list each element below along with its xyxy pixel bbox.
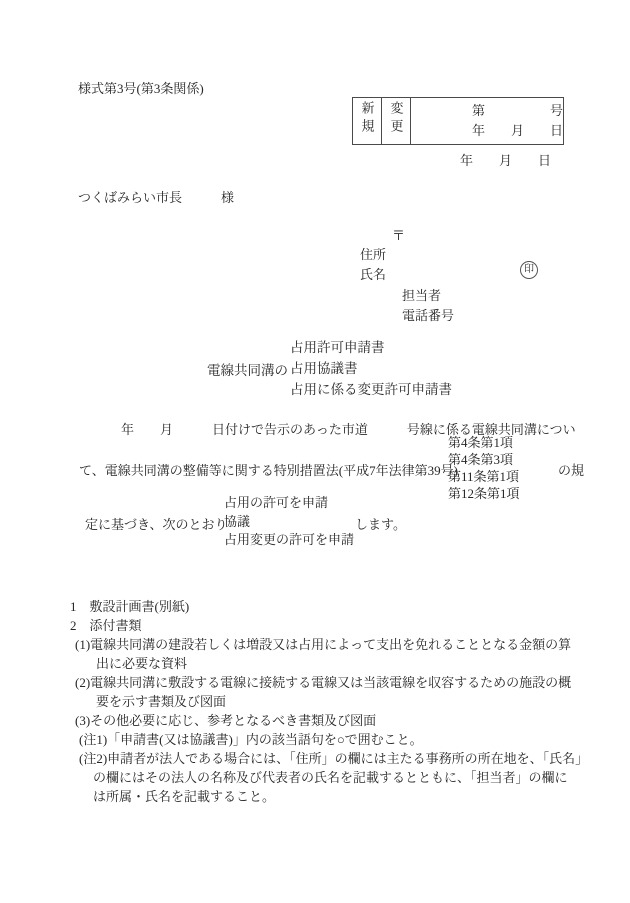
new-application-cell: 新規 bbox=[353, 98, 382, 145]
change-application-cell: 変更 bbox=[382, 98, 411, 145]
document-number-cell: 第 号 年 月 日 bbox=[411, 98, 564, 145]
law-article-4: 第12条第1項 bbox=[448, 485, 520, 502]
body-line2-prefix: て、電線共同溝の整備等に関する特別措置法(平成7年法律第39号) bbox=[79, 460, 458, 479]
title-option-permit-application: 占用許可申請書 bbox=[290, 337, 452, 358]
address-label: 住所 bbox=[360, 244, 386, 263]
note-2-line1: (注2)申請者が法人である場合には、「住所」の欄には主たる事務所の所在地を、「氏… bbox=[79, 749, 625, 768]
body-line3-prefix: 定に基づき、次のとおり bbox=[85, 514, 227, 533]
seal-icon: 印 bbox=[520, 261, 538, 279]
title-option-change-application: 占用に係る変更許可申請書 bbox=[290, 379, 452, 400]
new-application-label: 新規 bbox=[358, 101, 377, 137]
document-date-line: 年 月 日 bbox=[411, 121, 563, 141]
attachment-sub1-line1: (1)電線共同溝の建設若しくは増設又は占用によって支出を免れることとなる金額の算 bbox=[75, 635, 625, 654]
attachments-section: 1 敷設計画書(別紙) 2 添付書類 (1)電線共同溝の建設若しくは増設又は占用… bbox=[70, 597, 625, 806]
document-title-prefix: 電線共同溝の bbox=[207, 359, 288, 379]
form-number: 様式第3号(第3条関係) bbox=[78, 78, 204, 97]
law-articles-stack: 第4条第1項 第4条第3項 第11条第1項 第12条第1項 bbox=[448, 434, 520, 502]
attachment-item-2: 2 添付書類 bbox=[70, 616, 625, 635]
addressee-line: つくばみらい市長 様 bbox=[78, 187, 234, 206]
phone-number-label: 電話番号 bbox=[402, 305, 454, 324]
header-table: 新規 変更 第 号 年 月 日 bbox=[352, 97, 564, 145]
law-article-3: 第11条第1項 bbox=[448, 468, 520, 485]
document-number-line: 第 号 bbox=[411, 101, 563, 121]
action-permit-request: 占用の許可を申請 bbox=[224, 494, 354, 513]
name-label: 氏名 bbox=[360, 264, 386, 283]
attachment-item-1: 1 敷設計画書(別紙) bbox=[70, 597, 625, 616]
law-article-2: 第4条第3項 bbox=[448, 451, 520, 468]
note-2-line2: の欄にはその法人の名称及び代表者の氏名を記載するとともに、「担当者」の欄に bbox=[93, 768, 625, 787]
document-title-options: 占用許可申請書 占用協議書 占用に係る変更許可申請書 bbox=[290, 337, 452, 400]
note-2-line3: は所属・氏名を記載すること。 bbox=[93, 787, 625, 806]
change-application-label: 変更 bbox=[387, 101, 406, 137]
request-actions-stack: 占用の許可を申請 協議 占用変更の許可を申請 bbox=[224, 494, 354, 550]
body-line2-suffix: の規 bbox=[558, 460, 584, 479]
attachment-sub2-line2: 要を示す書類及び図面 bbox=[96, 692, 625, 711]
action-change-permit-request: 占用変更の許可を申請 bbox=[224, 531, 354, 550]
contact-person-label: 担当者 bbox=[402, 285, 441, 304]
attachment-sub1-line2: 出に必要な資料 bbox=[96, 654, 625, 673]
action-consultation: 協議 bbox=[224, 513, 354, 532]
body-line3-suffix: します。 bbox=[355, 514, 406, 533]
submission-date-line: 年 月 日 bbox=[352, 150, 551, 169]
note-1: (注1)「申請書(又は協議書)」内の該当語句を○で囲むこと。 bbox=[79, 730, 625, 749]
form-document: 様式第3号(第3条関係) 新規 変更 第 号 年 月 日 年 月 日 つくばみら… bbox=[0, 0, 630, 903]
attachment-sub2-line1: (2)電線共同溝に敷設する電線に接続する電線又は当該電線を収容するための施設の概 bbox=[75, 673, 625, 692]
postal-code-mark: 〒 bbox=[392, 225, 405, 244]
law-article-1: 第4条第1項 bbox=[448, 434, 520, 451]
attachment-sub3: (3)その他必要に応じ、参考となるべき書類及び図面 bbox=[75, 711, 625, 730]
title-option-consultation: 占用協議書 bbox=[290, 358, 452, 379]
